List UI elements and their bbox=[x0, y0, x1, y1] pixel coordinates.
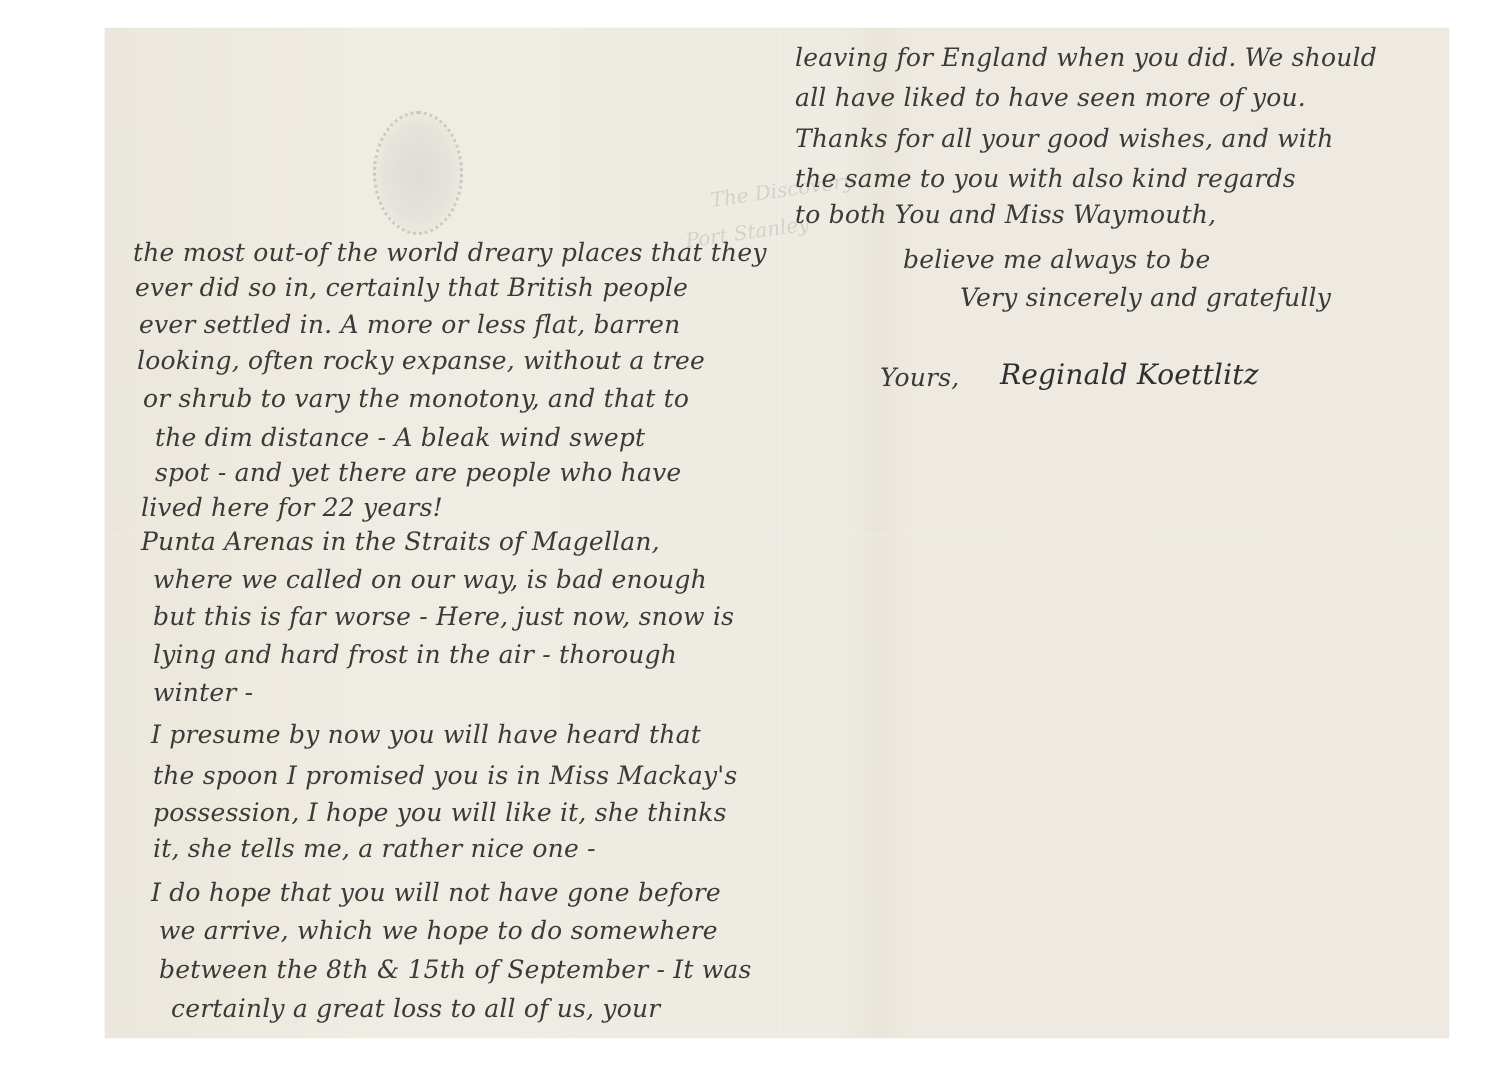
text-line: spot - and yet there are people who have bbox=[155, 458, 681, 487]
signature: Reginald Koettlitz bbox=[1000, 358, 1259, 391]
text-line: the same to you with also kind regards bbox=[795, 164, 1296, 193]
text-line: all have liked to have seen more of you. bbox=[795, 83, 1306, 112]
text-line: certainly a great loss to all of us, you… bbox=[171, 994, 660, 1023]
text-line: or shrub to vary the monotony, and that … bbox=[143, 384, 689, 413]
yours-line: Yours, bbox=[880, 363, 959, 392]
text-line: the spoon I promised you is in Miss Mack… bbox=[153, 761, 737, 790]
text-line: the most out-of the world dreary places … bbox=[133, 238, 767, 267]
text-line: looking, often rocky expanse, without a … bbox=[137, 346, 705, 375]
text-line: leaving for England when you did. We sho… bbox=[795, 43, 1377, 72]
text-line: it, she tells me, a rather nice one - bbox=[153, 834, 596, 863]
text-line: ever did so in, certainly that British p… bbox=[135, 273, 688, 302]
text-line: lying and hard frost in the air - thorou… bbox=[153, 640, 677, 669]
text-line: I do hope that you will not have gone be… bbox=[151, 878, 721, 907]
text-line: but this is far worse - Here, just now, … bbox=[153, 602, 734, 631]
embossed-seal-icon bbox=[373, 111, 463, 235]
text-line: possession, I hope you will like it, she… bbox=[153, 798, 727, 827]
closing-line: Very sincerely and gratefully bbox=[960, 283, 1331, 312]
text-line: to both You and Miss Waymouth, bbox=[795, 200, 1216, 229]
text-line: ever settled in. A more or less flat, ba… bbox=[139, 310, 680, 339]
text-line: where we called on our way, is bad enoug… bbox=[153, 565, 707, 594]
text-line: winter - bbox=[153, 678, 253, 707]
text-line: the dim distance - A bleak wind swept bbox=[155, 423, 645, 452]
text-line: we arrive, which we hope to do somewhere bbox=[159, 916, 718, 945]
text-line: lived here for 22 years! bbox=[141, 493, 443, 522]
letter-sheet: The Discovery Port Stanley the most out-… bbox=[105, 28, 1449, 1038]
text-line: Punta Arenas in the Straits of Magellan, bbox=[141, 527, 660, 556]
text-line: Thanks for all your good wishes, and wit… bbox=[795, 124, 1334, 153]
text-line: I presume by now you will have heard tha… bbox=[151, 720, 701, 749]
closing-line: believe me always to be bbox=[903, 245, 1210, 274]
text-line: between the 8th & 15th of September - It… bbox=[159, 955, 752, 984]
